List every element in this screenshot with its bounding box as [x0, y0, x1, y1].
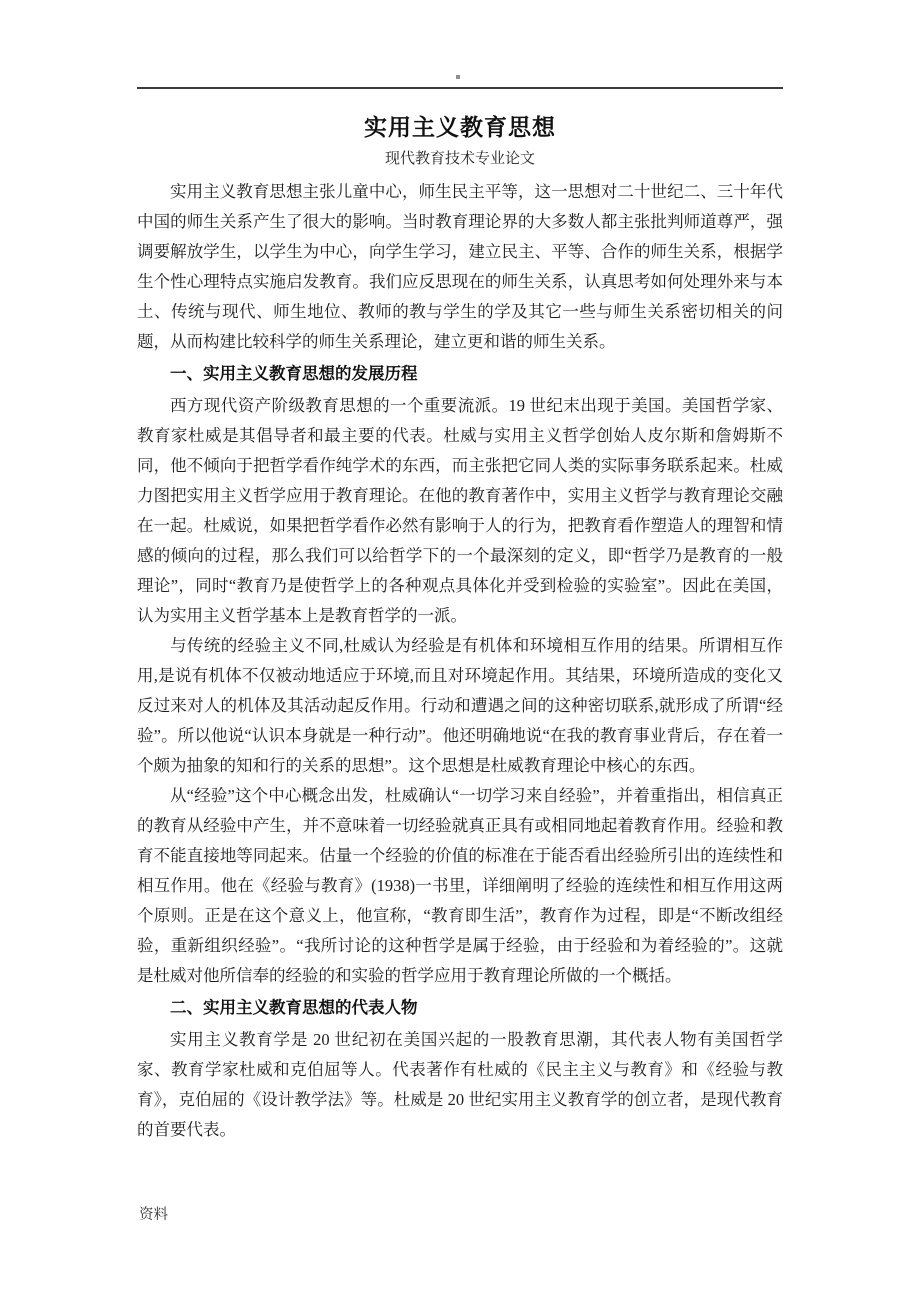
- document-content: 实用主义教育思想 现代教育技术专业论文 实用主义教育思想主张儿童中心，师生民主平…: [137, 103, 783, 1145]
- paragraph-intro: 实用主义教育思想主张儿童中心，师生民主平等，这一思想对二十世纪二、三十年代中国的…: [137, 177, 783, 357]
- document-title: 实用主义教育思想: [137, 109, 783, 145]
- paragraph-development-origin: 西方现代资产阶级教育思想的一个重要流派。19 世纪末出现于美国。美国哲学家、教育…: [137, 391, 783, 631]
- footer-label: 资料: [139, 1204, 168, 1226]
- paragraph-representatives: 实用主义教育学是 20 世纪初在美国兴起的一股教育思潮，其代表人物有美国哲学家、…: [137, 1025, 783, 1145]
- header-stray-dot: [456, 75, 460, 79]
- document-page: 实用主义教育思想 现代教育技术专业论文 实用主义教育思想主张儿童中心，师生民主平…: [0, 0, 920, 1302]
- section-heading-representatives: 二、实用主义教育思想的代表人物: [137, 993, 783, 1023]
- header-rule: [137, 87, 783, 89]
- document-subtitle: 现代教育技术专业论文: [137, 145, 783, 173]
- paragraph-experience-interaction: 与传统的经验主义不同,杜威认为经验是有机体和环境相互作用的结果。所谓相互作用,是…: [137, 631, 783, 781]
- section-heading-development: 一、实用主义教育思想的发展历程: [137, 359, 783, 389]
- paragraph-experience-education: 从“经验”这个中心概念出发，杜威确认“一切学习来自经验”，并着重指出，相信真正的…: [137, 781, 783, 991]
